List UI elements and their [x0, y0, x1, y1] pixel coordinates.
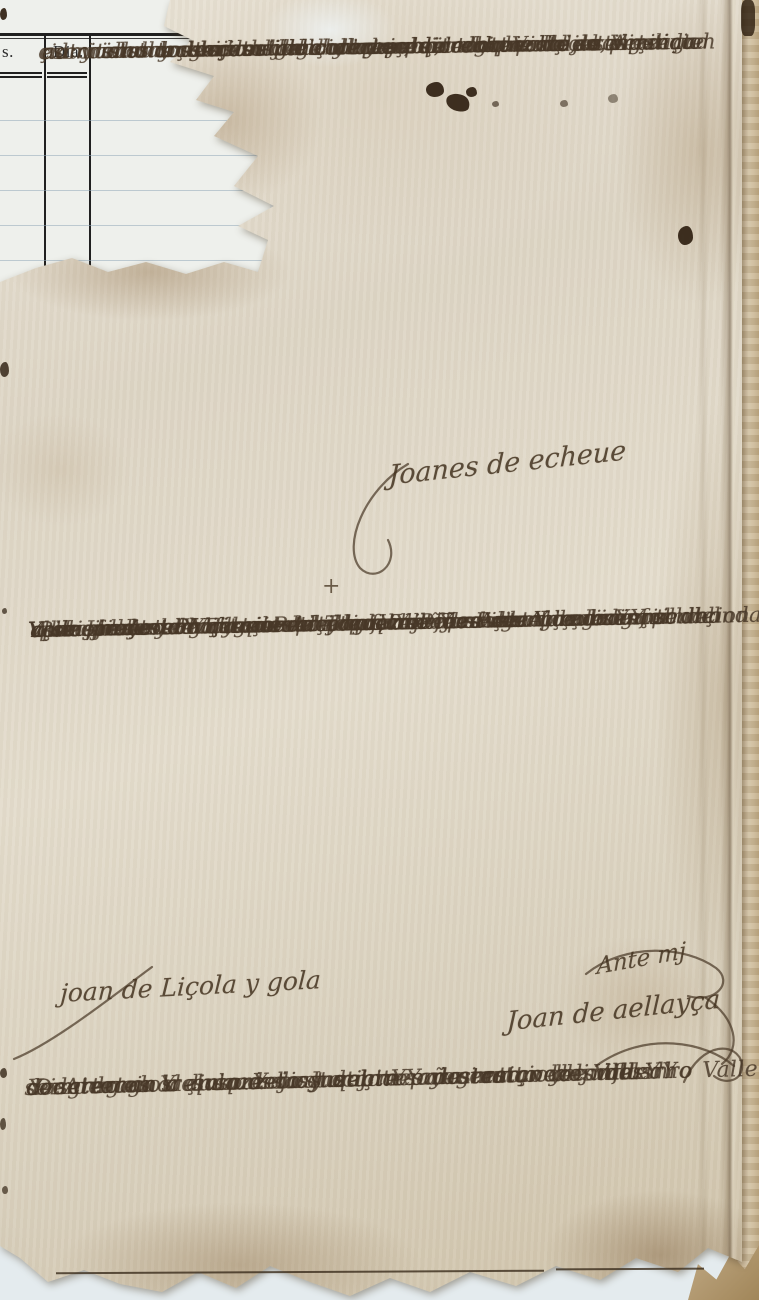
manuscript-paper	[0, 0, 742, 1300]
document-scan: s. Dia. los desta hazer sin contradiçion…	[0, 0, 759, 1300]
paper-crease-faint	[698, 0, 708, 1300]
manuscript-sheet-wrap	[0, 0, 759, 1300]
paper-fold-crease	[720, 0, 738, 1300]
paper-stains	[0, 0, 742, 1300]
